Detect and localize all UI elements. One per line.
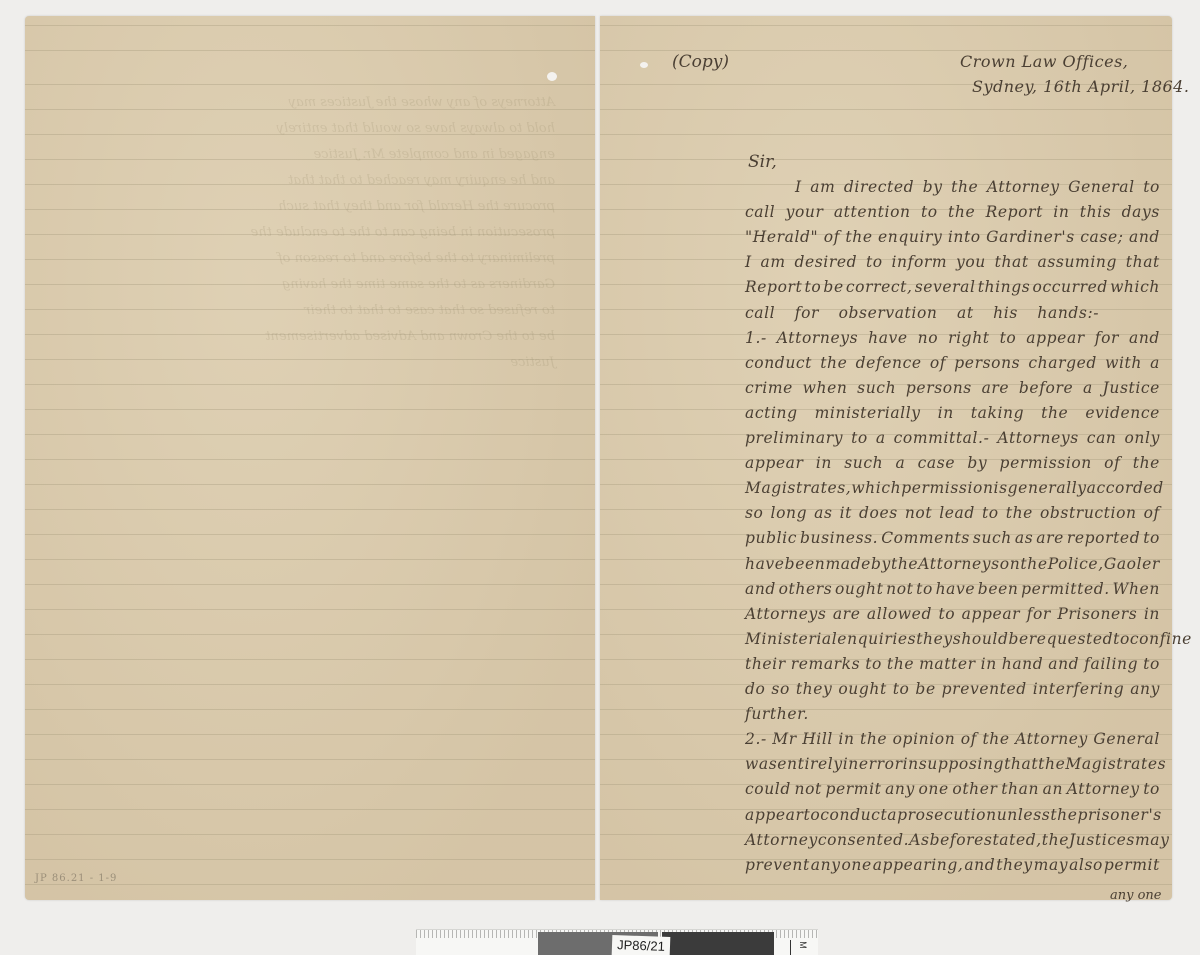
word: opinion <box>893 730 956 748</box>
word: General <box>1068 178 1135 196</box>
word: Attorneys <box>745 605 826 623</box>
word: appear <box>1026 329 1085 347</box>
word: a <box>1083 379 1093 397</box>
word: confine <box>1130 630 1192 648</box>
word: they <box>796 680 833 698</box>
word: have <box>868 329 908 347</box>
word: that <box>1126 253 1160 271</box>
word: one <box>841 856 871 874</box>
word: and <box>1048 655 1079 673</box>
word: Hill <box>802 730 833 748</box>
word: 1.- <box>745 329 767 347</box>
word: matter <box>919 655 976 673</box>
word: Attorney <box>987 178 1060 196</box>
word: When <box>1112 580 1159 598</box>
word: the <box>860 730 887 748</box>
bleed-through-line: engaged in and complete Mr. Justice <box>215 142 555 168</box>
word: been <box>978 580 1019 598</box>
word: to <box>982 504 999 522</box>
word: other <box>952 780 997 798</box>
word: so <box>771 680 790 698</box>
letter-line: Attorneyconsented.Asbeforestated,theJust… <box>745 831 1160 849</box>
word: be <box>915 680 935 698</box>
word: the <box>982 730 1009 748</box>
word: you <box>956 253 986 271</box>
word: conduct <box>745 354 812 372</box>
word: for <box>1095 329 1119 347</box>
letter-line: further. <box>745 705 809 723</box>
word: are <box>982 379 1010 397</box>
word: been <box>785 555 826 573</box>
word: it <box>840 504 852 522</box>
word: to <box>851 429 868 447</box>
word: permission <box>1000 454 1092 472</box>
word: the <box>1042 831 1069 849</box>
word: in <box>903 755 919 773</box>
word: defence <box>856 354 922 372</box>
word: into <box>948 228 981 246</box>
letter-line: Magistrates,whichpermissionisgenerallyac… <box>745 479 1160 497</box>
word: only <box>1125 429 1160 447</box>
letter-line: couldnotpermitanyoneotherthananAttorneyt… <box>745 780 1160 798</box>
word: a <box>876 429 886 447</box>
word: their <box>745 655 786 673</box>
word: a <box>1150 354 1160 372</box>
word: desired <box>794 253 857 271</box>
word: am <box>810 178 835 196</box>
word: several <box>915 278 976 296</box>
word: do <box>745 680 765 698</box>
word: to <box>805 278 822 296</box>
word: case; <box>1080 228 1123 246</box>
word: Attorneys <box>777 329 858 347</box>
word: prosecution <box>897 806 997 824</box>
word: attention <box>834 203 911 221</box>
word: such <box>973 529 1012 547</box>
word: and <box>1129 329 1160 347</box>
word: that <box>995 253 1029 271</box>
word: public <box>745 529 797 547</box>
word: was <box>745 755 777 773</box>
archive-reference-mark: JP 86.21 - 1-9 <box>35 873 117 884</box>
salutation: Sir, <box>748 152 777 172</box>
word: Magistrates, <box>745 479 851 497</box>
word: the <box>1050 806 1077 824</box>
letter-line: actingministeriallyintakingtheevidence <box>745 404 1160 422</box>
ruler-dark-segment <box>662 932 774 955</box>
word: of <box>1144 504 1160 522</box>
letter-line: dosotheyoughttobepreventedinterferingany <box>745 680 1160 698</box>
word: reported <box>1067 529 1140 547</box>
word: also <box>1069 856 1103 874</box>
word: persons <box>954 354 1020 372</box>
word: General <box>1093 730 1160 748</box>
word: permitted. <box>1021 580 1110 598</box>
word: the <box>948 203 975 221</box>
word: accorded <box>1087 479 1164 497</box>
word: charged <box>1028 354 1097 372</box>
letter-line: preliminarytoacommittal.-Attorneyscanonl… <box>745 429 1160 447</box>
word: things <box>978 278 1031 296</box>
word: may <box>1034 856 1069 874</box>
word: in <box>1053 203 1069 221</box>
word: in <box>981 655 997 673</box>
word: directed <box>844 178 914 196</box>
copy-annotation: (Copy) <box>672 52 729 72</box>
word: the <box>887 655 914 673</box>
word: when <box>803 379 848 397</box>
word: be <box>1009 630 1029 648</box>
letter-line: callyourattentiontotheReportinthisdays <box>745 203 1160 221</box>
word: conduct <box>820 806 887 824</box>
letter-line: Reporttobecorrect,severalthingsoccurredw… <box>745 278 1160 296</box>
word: any <box>1130 680 1160 698</box>
word: your <box>786 203 824 221</box>
word: case <box>918 454 955 472</box>
word: Attorney <box>1015 730 1088 748</box>
word: are <box>833 605 861 623</box>
word: an <box>1043 780 1063 798</box>
word: appear <box>962 605 1021 623</box>
letter-line: publicbusiness.Commentssuchasarereported… <box>745 529 1160 547</box>
word: as <box>1015 529 1033 547</box>
letter-line: appearinsuchacasebypermissionofthe <box>745 454 1160 472</box>
bleed-through-line: and he enquiry may reached to that that <box>215 168 555 194</box>
word: the <box>1133 454 1160 472</box>
word: on <box>1000 555 1021 573</box>
word: by <box>967 454 987 472</box>
word: which <box>1110 278 1160 296</box>
word: they <box>916 630 953 648</box>
letter-line: Iamdesiredtoinformyouthatassumingthat <box>745 253 1160 271</box>
word: correct, <box>846 278 913 296</box>
letter-line: solongasitdoesnotleadtotheobstructionof <box>745 504 1160 522</box>
word: occurred <box>1033 278 1108 296</box>
word: to <box>921 203 938 221</box>
bleed-through-line: Justice <box>215 350 555 376</box>
word: enquiries <box>837 630 916 648</box>
word: Attorney <box>1067 780 1140 798</box>
letter-line: theirremarkstothematterinhandandfailingt… <box>745 655 1160 673</box>
word: taking <box>971 404 1024 422</box>
word: preliminary <box>745 429 843 447</box>
bleed-through-line: hold to always have so would that entire… <box>215 116 555 142</box>
word: unless <box>997 806 1051 824</box>
word: by <box>923 178 943 196</box>
word: to <box>1000 329 1017 347</box>
word: ministerially <box>815 404 921 422</box>
bleed-through-line: prosecution in being can to the to enclu… <box>215 220 555 246</box>
ruler-label: JP86/21 <box>612 935 671 955</box>
word: days <box>1122 203 1160 221</box>
word: supposing <box>919 755 1004 773</box>
word: in <box>843 755 859 773</box>
word: and <box>964 856 995 874</box>
word: lead <box>939 504 975 522</box>
word: Attorney <box>745 831 818 849</box>
letter-line: appeartoconductaprosecutionunlessthepris… <box>745 806 1160 824</box>
letter-line: IamdirectedbytheAttorneyGeneralto <box>745 178 1160 196</box>
word: have <box>745 555 785 573</box>
word: hand <box>1002 655 1044 673</box>
word: to <box>1113 630 1130 648</box>
word: Police, <box>1048 555 1104 573</box>
sender-address: Crown Law Offices, <box>960 52 1128 71</box>
word: such <box>857 379 896 397</box>
word: to <box>866 253 883 271</box>
word: have <box>936 580 976 598</box>
word: does <box>859 504 898 522</box>
word: Comments <box>881 529 970 547</box>
word: interfering <box>1033 680 1125 698</box>
bleed-through-line: Attorneys of any whose the Justices may <box>215 90 555 116</box>
word: appear <box>745 806 804 824</box>
word: this <box>1080 203 1112 221</box>
word: any <box>885 780 915 798</box>
word: to <box>1143 178 1160 196</box>
word: "Herald" <box>745 228 818 246</box>
word: and <box>745 580 776 598</box>
paper-damage-hole <box>640 62 648 68</box>
word: should <box>953 630 1009 648</box>
word: not <box>795 780 822 798</box>
word: committal.- <box>894 429 990 447</box>
word: inform <box>891 253 947 271</box>
word: as <box>814 504 832 522</box>
word: before <box>1019 379 1073 397</box>
word: permit <box>1104 856 1160 874</box>
word: the <box>951 178 978 196</box>
word: which <box>851 479 901 497</box>
word: am <box>761 253 786 271</box>
scale-ruler: JP86/21 M <box>416 929 818 955</box>
word: the <box>891 555 918 573</box>
word: entirely <box>777 755 842 773</box>
word: of <box>1104 454 1120 472</box>
word: Magistrates <box>1065 755 1166 773</box>
word: of <box>930 354 946 372</box>
bleed-through-line: procure the Herald for and they that suc… <box>215 194 555 220</box>
word: a <box>887 806 897 824</box>
word: could <box>745 780 791 798</box>
word: to <box>893 680 910 698</box>
letter-line: AttorneysareallowedtoappearforPrisonersi… <box>745 605 1160 623</box>
word: Gaoler <box>1104 555 1160 573</box>
ruler-marker <box>790 940 791 955</box>
catchword: any one <box>1110 888 1162 903</box>
word: Justices <box>1069 831 1135 849</box>
word: prisoner's <box>1078 806 1162 824</box>
letter-line: 1.-Attorneyshavenorighttoappearforand <box>745 329 1160 347</box>
letter-line: crimewhensuchpersonsarebeforeaJustice <box>745 379 1160 397</box>
letter-line: preventanyoneappearing,andtheymayalsoper… <box>745 856 1160 874</box>
word: prevent <box>745 856 810 874</box>
word: persons <box>906 379 972 397</box>
bleed-through-line: be to the Crown and Advised advertisemen… <box>215 324 555 350</box>
word: in <box>838 730 854 748</box>
word: appear <box>745 454 804 472</box>
word: Gardiner's <box>986 228 1075 246</box>
word: in <box>816 454 832 472</box>
word: obstruction <box>1040 504 1137 522</box>
word: evidence <box>1085 404 1160 422</box>
word: error <box>859 755 903 773</box>
word: in <box>938 404 954 422</box>
word: of <box>824 228 840 246</box>
word: be <box>823 278 843 296</box>
word: the <box>1041 404 1068 422</box>
word: requested <box>1029 630 1113 648</box>
bleed-through-line: preliminary to the before and to reason … <box>215 246 555 272</box>
word: they <box>996 856 1033 874</box>
word: failing <box>1084 655 1138 673</box>
word: can <box>1087 429 1117 447</box>
letter-line: Ministerialenquiriestheyshouldberequeste… <box>745 630 1160 648</box>
word: to <box>1143 655 1160 673</box>
word: Mr <box>772 730 796 748</box>
word: Ministerial <box>745 630 837 648</box>
word: before <box>930 831 984 849</box>
word: to <box>938 605 955 623</box>
letter-line: wasentirelyinerrorinsupposingthattheMagi… <box>745 755 1160 773</box>
word: the <box>1038 755 1065 773</box>
word: is <box>994 479 1008 497</box>
word: allowed <box>867 605 932 623</box>
word: crime <box>745 379 793 397</box>
paper-damage-hole <box>547 72 557 81</box>
word: assuming <box>1038 253 1118 271</box>
word: ought <box>835 580 883 598</box>
word: right <box>948 329 990 347</box>
word: stated, <box>984 831 1042 849</box>
word: than <box>1001 780 1039 798</box>
word: so <box>745 504 764 522</box>
bleed-through-line: to refused so that case to that to their <box>215 298 555 324</box>
word: permission <box>901 479 993 497</box>
letter-line: andothersoughtnottohavebeenpermitted.Whe… <box>745 580 1160 598</box>
bleed-through-text: Attorneys of any whose the Justices mayh… <box>215 90 555 376</box>
bleed-through-line: Gardiners as to the same time the having <box>215 272 555 298</box>
word: one <box>919 780 949 798</box>
word: in <box>1144 605 1160 623</box>
word: and <box>1129 228 1160 246</box>
word: 2.- <box>745 730 767 748</box>
word: the <box>1006 504 1033 522</box>
letter-line: 2.-MrHillintheopinionoftheAttorneyGenera… <box>745 730 1160 748</box>
letter-line: call for observation at his hands:- <box>745 304 1099 322</box>
word: Report <box>745 278 802 296</box>
word: no <box>918 329 939 347</box>
word: made <box>825 555 870 573</box>
letter-line: havebeenmadebytheAttorneysonthePolice,Ga… <box>745 555 1160 573</box>
ruler-side-mark: M <box>798 941 808 949</box>
word: Justice <box>1103 379 1160 397</box>
letter-line: "Herald"oftheenquiryintoGardiner'scase;a… <box>745 228 1160 246</box>
word: I <box>795 178 802 196</box>
word: Attorneys <box>997 429 1078 447</box>
letter-date: Sydney, 16th April, 1864. <box>972 77 1189 96</box>
word: that <box>1004 755 1038 773</box>
word: remarks <box>791 655 860 673</box>
word: not <box>886 580 913 598</box>
word: others <box>779 580 833 598</box>
word: to <box>1143 529 1160 547</box>
word: of <box>961 730 977 748</box>
word: to <box>1143 780 1160 798</box>
word: are <box>1036 529 1064 547</box>
word: I <box>745 253 752 271</box>
word: any <box>811 856 841 874</box>
word: generally <box>1008 479 1087 497</box>
word: As <box>909 831 929 849</box>
word: long <box>771 504 808 522</box>
word: such <box>844 454 883 472</box>
word: Report <box>986 203 1043 221</box>
word: Prisoners <box>1057 605 1137 623</box>
word: business. <box>800 529 878 547</box>
word: acting <box>745 404 798 422</box>
word: to <box>804 806 821 824</box>
word: by <box>871 555 891 573</box>
word: the <box>1020 555 1047 573</box>
word: the <box>820 354 847 372</box>
word: call <box>745 203 775 221</box>
word: for <box>1027 605 1051 623</box>
word: not <box>905 504 932 522</box>
word: Attorneys <box>918 555 999 573</box>
letter-line: conductthedefenceofpersonschargedwitha <box>745 354 1160 372</box>
word: ought <box>838 680 886 698</box>
word: consented. <box>818 831 909 849</box>
word: the <box>845 228 872 246</box>
word: appearing, <box>873 856 964 874</box>
word: may <box>1135 831 1170 849</box>
word: to <box>865 655 882 673</box>
word: enquiry <box>878 228 942 246</box>
word: with <box>1105 354 1142 372</box>
word: to <box>916 580 933 598</box>
word: permit <box>825 780 881 798</box>
word: a <box>896 454 906 472</box>
word: prevented <box>942 680 1027 698</box>
